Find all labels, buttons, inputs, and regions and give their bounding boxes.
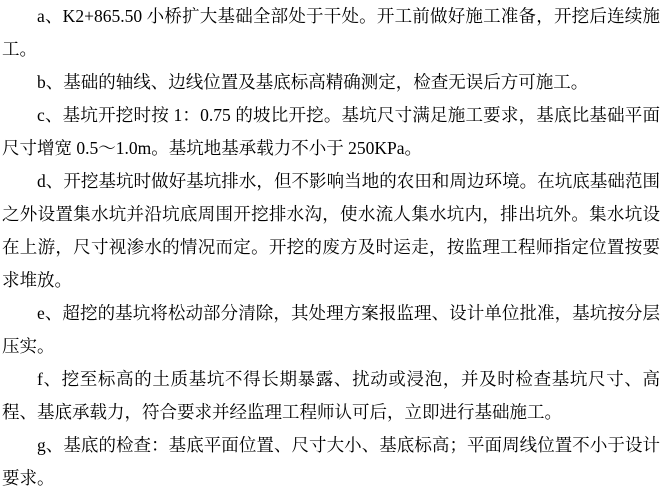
paragraph-item-a: a、K2+865.50 小桥扩大基础全部处于干处。开工前做好施工准备，开挖后连续… (2, 0, 660, 66)
paragraph-item-g: g、基底的检查：基底平面位置、尺寸大小、基底标高；平面周线位置不小于设计要求。 (2, 429, 660, 495)
document-page: a、K2+865.50 小桥扩大基础全部处于干处。开工前做好施工准备，开挖后连续… (0, 0, 664, 495)
paragraph-item-d: d、开挖基坑时做好基坑排水，但不影响当地的农田和周边环境。在坑底基础范围之外设置… (2, 165, 660, 297)
paragraph-item-e: e、超挖的基坑将松动部分清除，其处理方案报监理、设计单位批准，基坑按分层压实。 (2, 297, 660, 363)
paragraph-item-b: b、基础的轴线、边线位置及基底标高精确测定，检查无误后方可施工。 (2, 66, 660, 99)
paragraph-item-c: c、基坑开挖时按 1：0.75 的坡比开挖。基坑尺寸满足施工要求，基底比基础平面… (2, 99, 660, 165)
paragraph-item-f: f、挖至标高的土质基坑不得长期暴露、扰动或浸泡，并及时检查基坑尺寸、高程、基底承… (2, 363, 660, 429)
